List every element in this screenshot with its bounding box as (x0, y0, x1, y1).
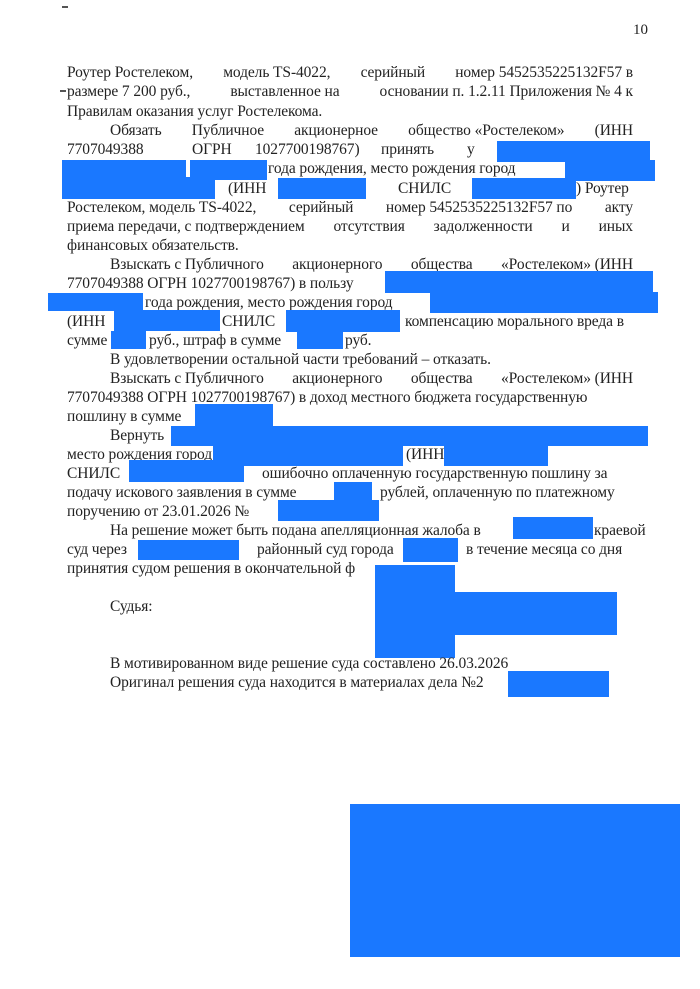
redaction-box (350, 804, 680, 957)
text-line: руб. (345, 332, 371, 350)
text-line: компенсацию морального вреда в (405, 313, 624, 331)
text-line: районный суд города (257, 541, 394, 559)
text-line: СНИЛС (398, 180, 451, 198)
redaction-box (195, 404, 273, 426)
redaction-box (286, 310, 400, 332)
redaction-box (403, 538, 458, 562)
scan-mark (60, 90, 66, 92)
redaction-box (278, 500, 379, 521)
judge-label: Судья: (110, 598, 153, 616)
text-line: у (467, 141, 475, 159)
redaction-box (171, 426, 648, 446)
text-line: 7707049388 ОГРН 1027700198767) в пользу (67, 275, 354, 293)
text-line: Роутер Ростелеком,модель TS-4022,серийны… (67, 64, 633, 82)
redaction-box (334, 482, 372, 502)
redaction-box (129, 460, 244, 482)
redaction-box (455, 592, 617, 635)
document-page: 10 Роутер Ростелеком,модель TS-4022,сери… (0, 0, 700, 989)
scan-mark (62, 6, 68, 8)
text-line: Правилам оказания услуг Ростелекома. (67, 103, 322, 121)
text-line: размере 7 200 руб.,выставленное наоснова… (67, 83, 633, 101)
redaction-box (111, 331, 146, 349)
redaction-box (430, 292, 658, 313)
text-line: Взыскать с Публичногоакционерногообществ… (110, 370, 633, 388)
text-line: ОбязатьПубличноеакционерноеобщество «Рос… (110, 122, 633, 140)
text-line: СНИЛС (67, 465, 120, 483)
redaction-box (565, 160, 655, 181)
text-line: (ИНН (228, 180, 266, 198)
text-line: ОГРН (192, 141, 232, 159)
text-line: года рождения, место рождения город (268, 160, 515, 178)
text-line: 7707049388 ОГРН 1027700198767) в доход м… (67, 389, 587, 407)
text-line: Оригинал решения суда находится в матери… (110, 674, 484, 692)
text-line: суд через (67, 541, 127, 559)
text-line: В мотивированном виде решение суда соста… (110, 655, 508, 673)
redaction-box (48, 293, 143, 311)
text-line: 7707049388 (67, 141, 144, 159)
text-line: ) Роутер (576, 180, 629, 198)
redaction-box (497, 141, 650, 162)
text-line: принятия судом решения в окончательной ф (67, 560, 355, 578)
text-line: (ИНН (67, 313, 105, 331)
redaction-box (114, 310, 220, 331)
redaction-box (375, 565, 455, 658)
redaction-box (472, 178, 576, 199)
redaction-box (444, 445, 548, 466)
text-line: (ИНН (406, 446, 444, 464)
text-line: принять (381, 141, 434, 159)
redaction-box (297, 331, 343, 349)
text-line: руб., штраф в сумме (149, 332, 281, 350)
text-line: поручению от 23.01.2026 № (67, 503, 249, 521)
text-line: СНИЛС (222, 313, 275, 331)
redaction-box (385, 271, 653, 293)
text-line: сумме (67, 332, 107, 350)
text-line: приема передачи, с подтверждениемотсутст… (67, 218, 633, 236)
text-line: Ростелеком, модель TS-4022,серийныйномер… (67, 199, 633, 217)
text-line: В удовлетворении остальной части требова… (110, 351, 491, 369)
text-line: краевой (594, 522, 646, 540)
text-line: рублей, оплаченную по платежному (380, 484, 615, 502)
redaction-box (508, 671, 609, 697)
redaction-box (138, 540, 239, 560)
text-line: Вернуть (110, 427, 164, 445)
text-line: подачу искового заявления в сумме (67, 484, 296, 502)
redaction-box (278, 178, 366, 199)
text-line: ошибочно оплаченную государственную пошл… (262, 465, 607, 483)
text-line: финансовых обязательств. (67, 237, 239, 255)
text-line: 1027700198767) (255, 141, 360, 159)
text-line: в течение месяца со дня (466, 541, 622, 559)
text-line: пошлину в сумме (67, 408, 181, 426)
redaction-box (513, 517, 593, 539)
page-number: 10 (633, 22, 648, 39)
redaction-box (62, 177, 215, 199)
